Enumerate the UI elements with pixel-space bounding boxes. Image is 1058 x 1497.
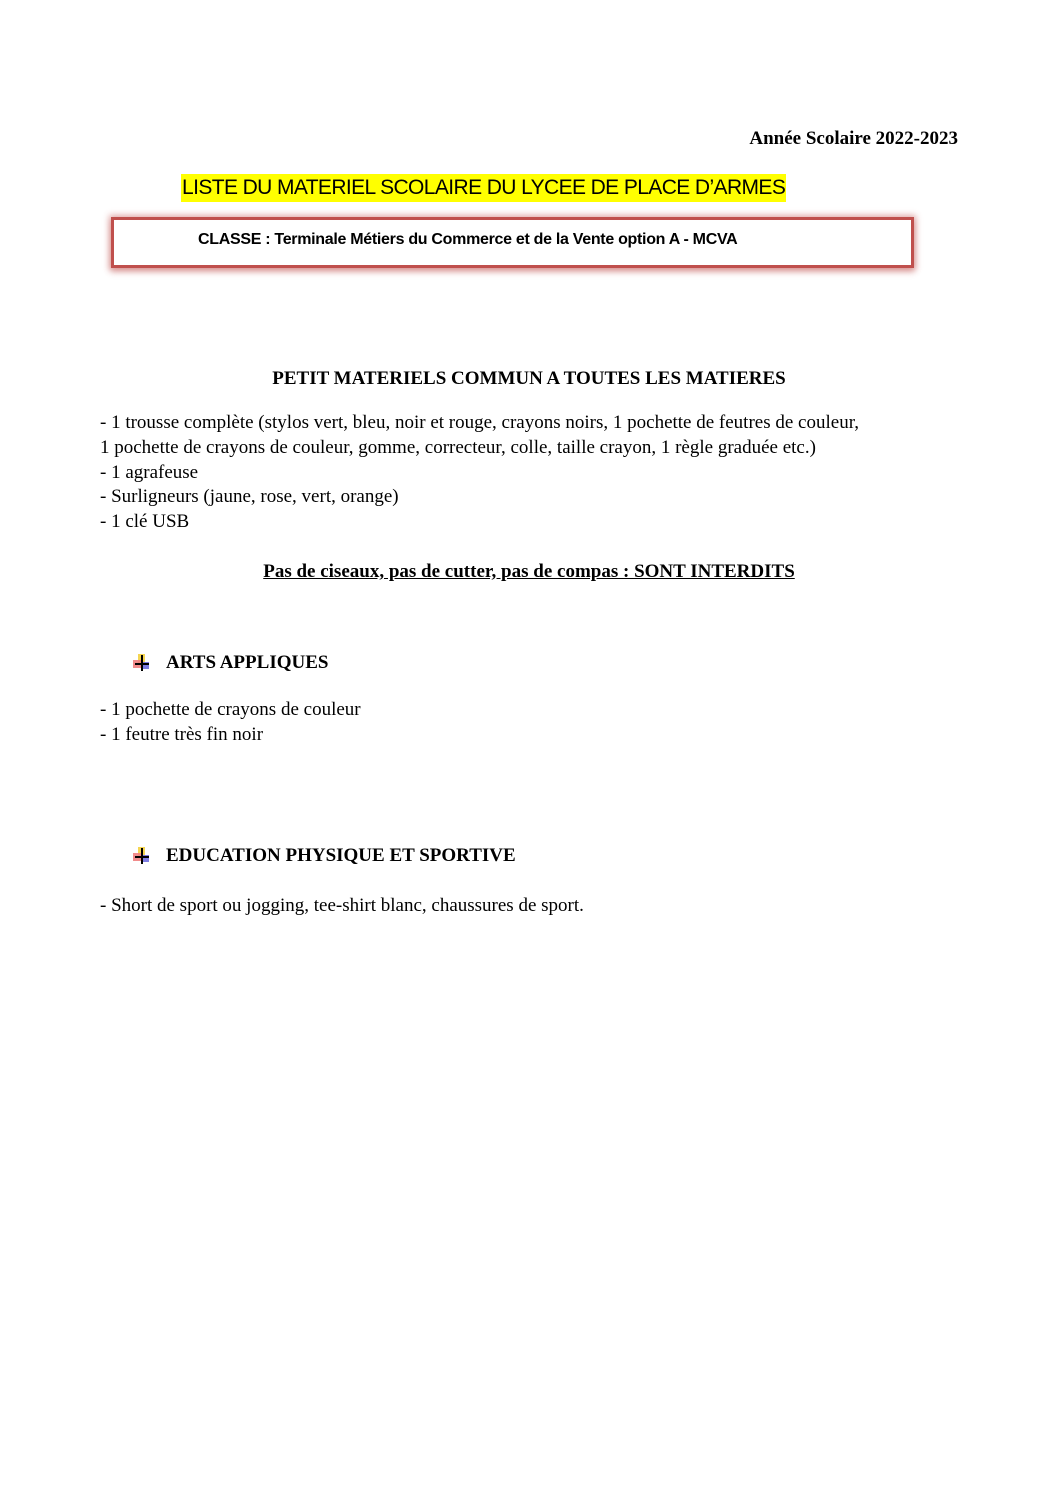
school-year: Année Scolaire 2022-2023 xyxy=(749,128,958,150)
section-heading-arts-appliques: ARTS APPLIQUES xyxy=(132,652,328,674)
list-item: - Short de sport ou jogging, tee-shirt b… xyxy=(100,894,584,919)
list-item: - 1 clé USB xyxy=(100,510,859,535)
list-item: - 1 pochette de crayons de couleur xyxy=(100,698,361,723)
section-heading-eps: EDUCATION PHYSIQUE ET SPORTIVE xyxy=(132,845,516,867)
forbidden-items-warning: Pas de ciseaux, pas de cutter, pas de co… xyxy=(0,561,1058,583)
list-item: - Surligneurs (jaune, rose, vert, orange… xyxy=(100,485,859,510)
class-box: CLASSE : Terminale Métiers du Commerce e… xyxy=(111,217,914,268)
section-heading-label: ARTS APPLIQUES xyxy=(166,652,328,674)
common-supplies-heading: PETIT MATERIELS COMMUN A TOUTES LES MATI… xyxy=(0,368,1058,390)
document-title: LISTE DU MATERIEL SCOLAIRE DU LYCEE DE P… xyxy=(181,174,786,202)
four-color-cross-bullet-icon xyxy=(132,847,150,865)
list-item: - 1 agrafeuse xyxy=(100,461,859,486)
list-item: 1 pochette de crayons de couleur, gomme,… xyxy=(100,436,859,461)
class-label: CLASSE : Terminale Métiers du Commerce e… xyxy=(198,231,737,249)
list-item: - 1 feutre très fin noir xyxy=(100,723,361,748)
eps-list: - Short de sport ou jogging, tee-shirt b… xyxy=(100,894,584,919)
section-heading-label: EDUCATION PHYSIQUE ET SPORTIVE xyxy=(166,845,516,867)
four-color-cross-bullet-icon xyxy=(132,654,150,672)
common-supplies-list: - 1 trousse complète (stylos vert, bleu,… xyxy=(100,411,859,535)
arts-appliques-list: - 1 pochette de crayons de couleur - 1 f… xyxy=(100,698,361,748)
list-item: - 1 trousse complète (stylos vert, bleu,… xyxy=(100,411,859,436)
